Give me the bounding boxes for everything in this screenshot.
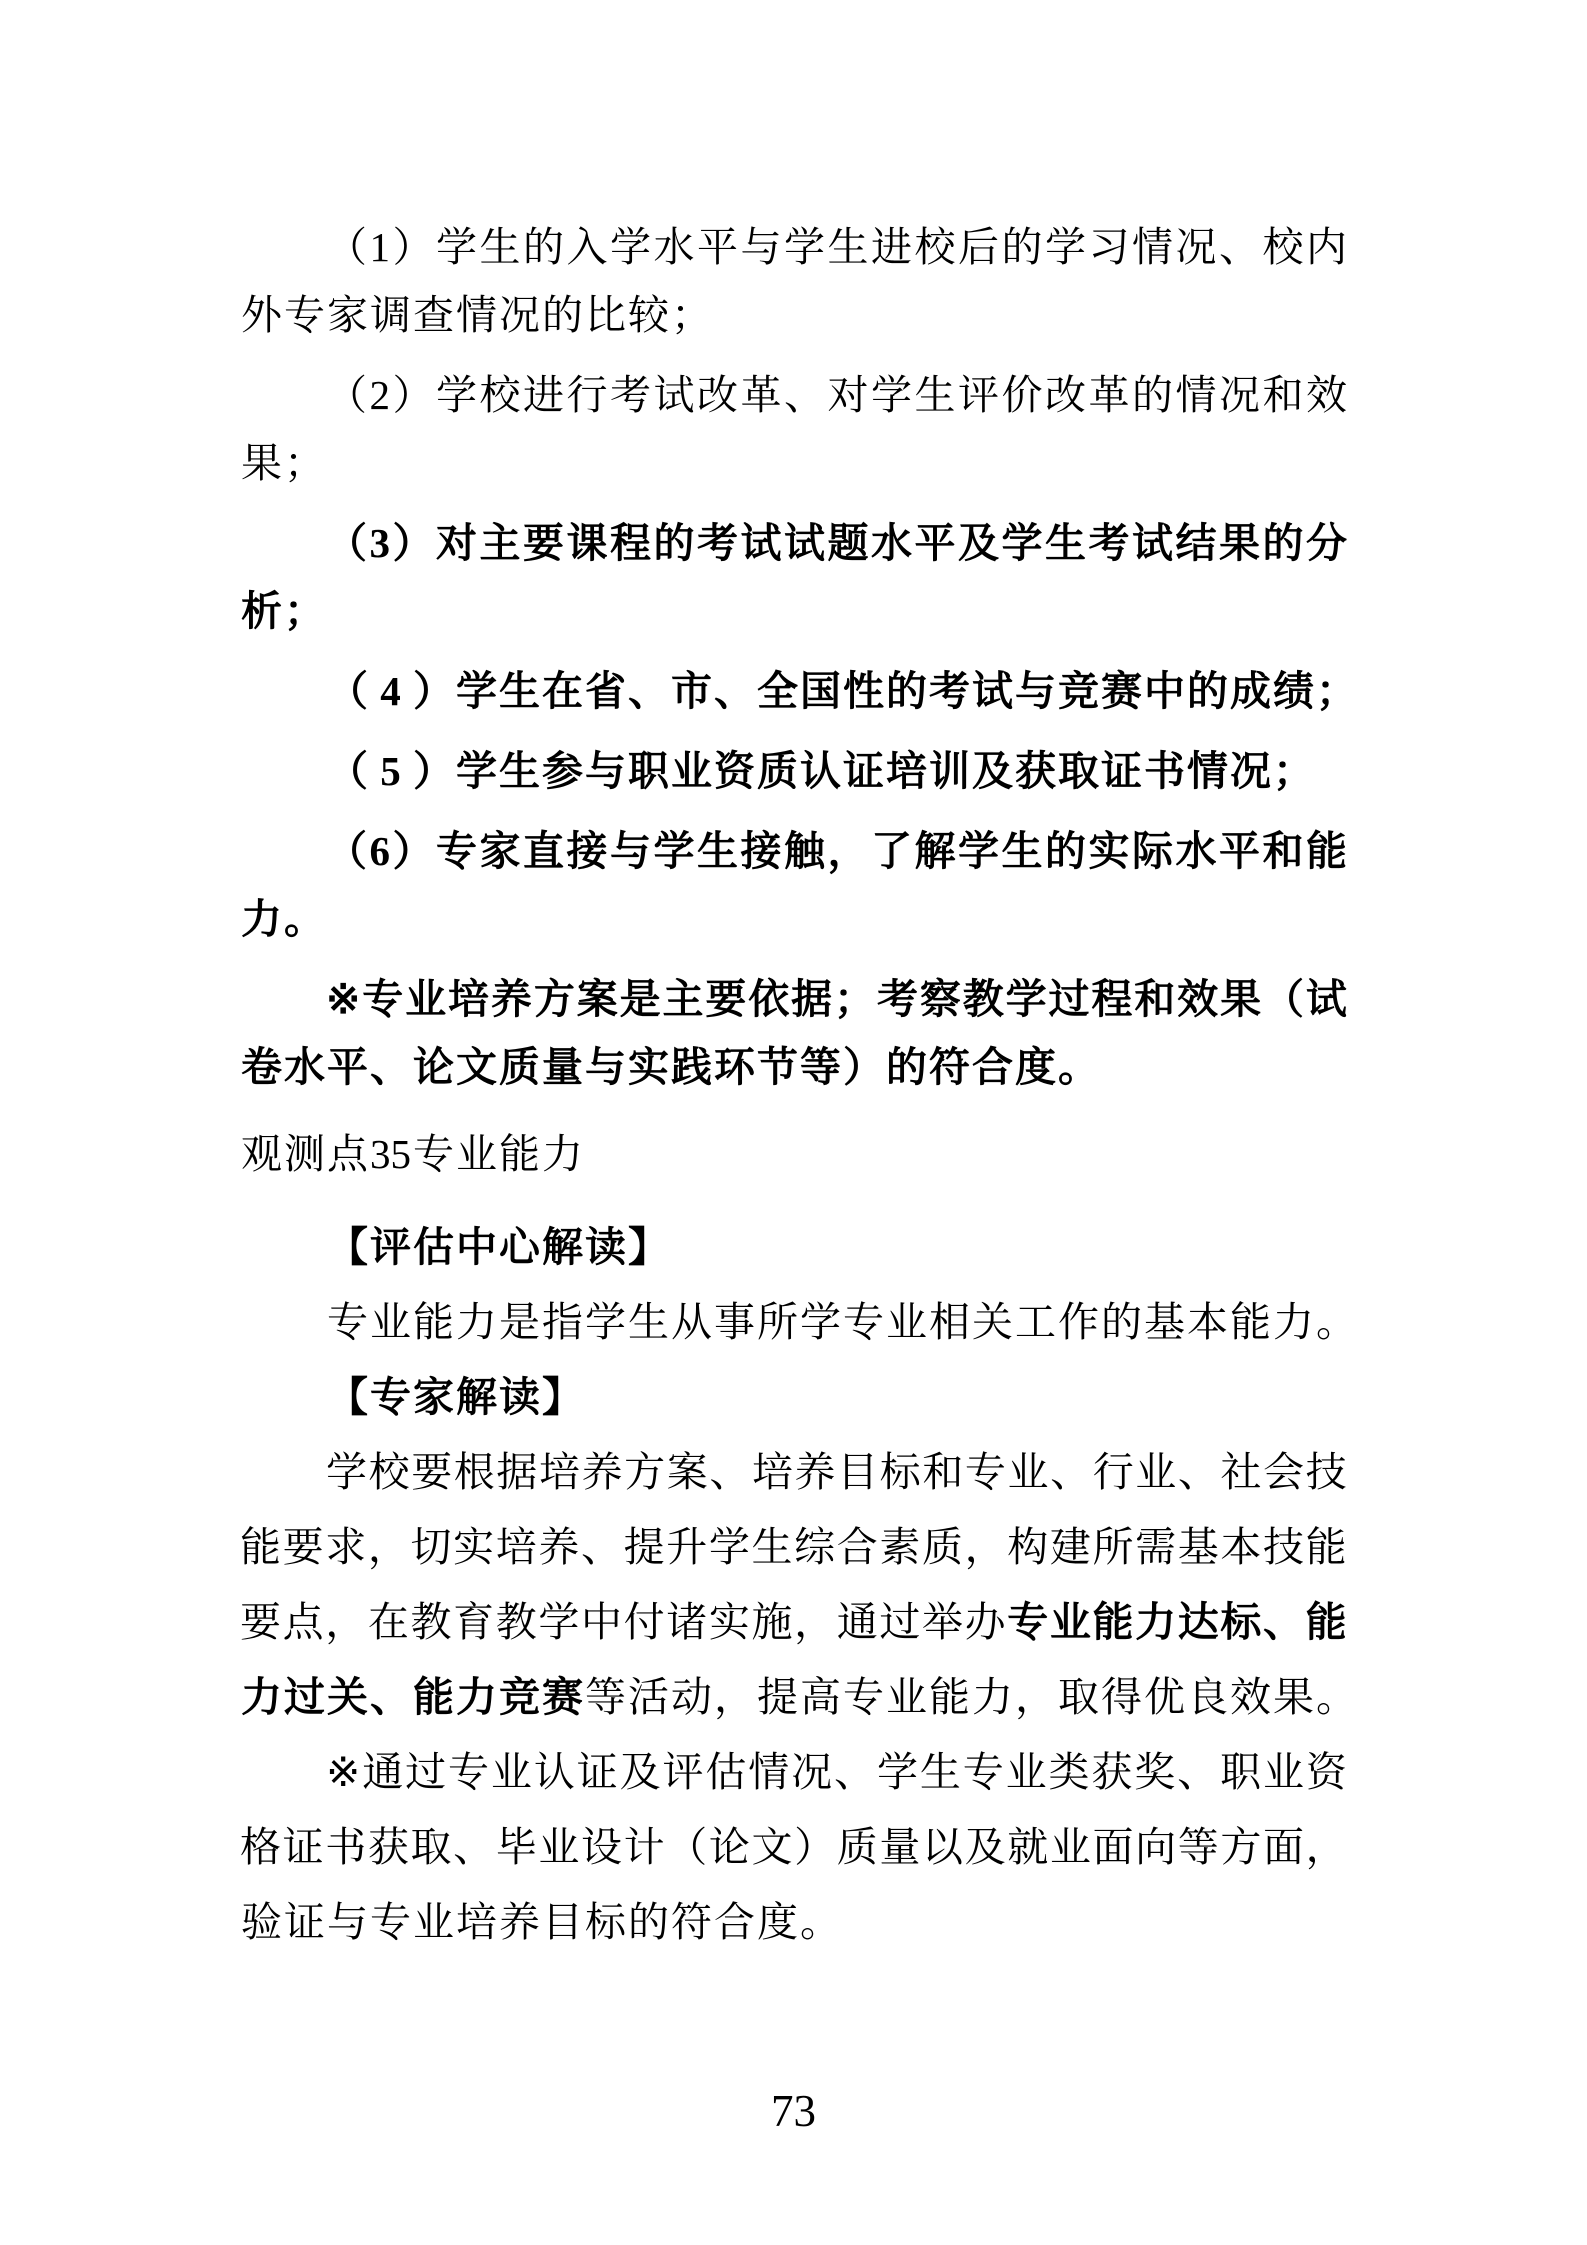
char: 比 xyxy=(584,295,627,336)
char: 生 xyxy=(752,1527,793,1568)
char: 、 xyxy=(834,1752,875,1793)
char: 学 xyxy=(799,1302,842,1343)
char: 观 xyxy=(240,1134,283,1175)
char: 诸 xyxy=(666,1602,707,1643)
char: 培 xyxy=(448,979,489,1020)
char: 证 xyxy=(283,1827,324,1868)
char: ； xyxy=(1315,671,1358,712)
char: 学 xyxy=(538,1602,579,1643)
char: 对 xyxy=(828,375,869,416)
char: 活 xyxy=(627,1677,670,1718)
char: 需 xyxy=(1135,1527,1176,1568)
char: 证 xyxy=(1100,751,1143,792)
text-line: （6）专家直接与学生接触，了解学生的实际水平和能 xyxy=(240,817,1347,885)
char: 书 xyxy=(325,1827,366,1868)
char: 职 xyxy=(627,751,670,792)
char: 国 xyxy=(799,671,842,712)
char: 取 xyxy=(1057,751,1100,792)
char: 业 xyxy=(538,1827,579,1868)
text-line: 学校要根据培养方案、培养目标和专业、行业、社会技 xyxy=(240,1435,1347,1510)
char: 接 xyxy=(741,831,782,872)
char: 试 xyxy=(654,375,695,416)
char: ） xyxy=(794,1827,835,1868)
char: 育 xyxy=(453,1602,494,1643)
char: 卷 xyxy=(240,1047,283,1088)
char: 考 xyxy=(928,671,971,712)
char: 了 xyxy=(871,831,912,872)
char: 成 xyxy=(1229,671,1272,712)
char: 家 xyxy=(326,295,369,336)
char: 验 xyxy=(240,1902,283,1943)
char: 建 xyxy=(1050,1527,1091,1568)
char: 力 xyxy=(1272,1302,1315,1343)
char: 养 xyxy=(498,1902,541,1943)
char: ； xyxy=(670,295,713,336)
char: 付 xyxy=(624,1602,665,1643)
char: 价 xyxy=(1002,375,1043,416)
char: 学 xyxy=(1002,523,1043,564)
char: 中 xyxy=(581,1602,622,1643)
char: 效 xyxy=(1229,1677,1272,1718)
char: 况 xyxy=(1176,227,1217,268)
char: 培 xyxy=(496,1527,537,1568)
char: 专 xyxy=(369,1902,412,1943)
char: 标 xyxy=(584,1902,627,1943)
char: 专 xyxy=(283,295,326,336)
char: 生 xyxy=(627,1302,670,1343)
text-line: 格证书获取、毕业设计（论文）质量以及就业面向等方面， xyxy=(240,1810,1347,1885)
char: 依 xyxy=(748,979,789,1020)
char: 等 xyxy=(799,1047,842,1088)
char: 要 xyxy=(283,1527,324,1568)
char: 察 xyxy=(920,979,961,1020)
char: 施 xyxy=(752,1602,793,1643)
char: 要 xyxy=(411,1452,452,1493)
char: 方 xyxy=(624,1452,665,1493)
char: ※ xyxy=(326,979,360,1020)
char: 面 xyxy=(1263,1827,1304,1868)
char: 能 xyxy=(1093,1602,1134,1643)
char: 专 xyxy=(448,1752,489,1793)
char: 。 xyxy=(799,1902,842,1943)
char: 业 xyxy=(1263,1752,1304,1793)
char: 专 xyxy=(1007,1602,1048,1643)
char: 直 xyxy=(523,831,564,872)
char: 点 xyxy=(283,1602,324,1643)
char: 生 xyxy=(828,227,869,268)
char: 和 xyxy=(1263,375,1304,416)
char: 改 xyxy=(1045,375,1086,416)
char: 、 xyxy=(369,1047,412,1088)
char: 性 xyxy=(842,671,885,712)
char: 培 xyxy=(455,1902,498,1943)
char: 平 xyxy=(326,1047,369,1088)
char: 读 xyxy=(498,1377,541,1418)
char: 心 xyxy=(498,1227,541,1268)
char: 】 xyxy=(627,1227,670,1268)
document-body: （1）学生的入学水平与学生进校后的学习情况、校内外专家调查情况的比较；（2）学校… xyxy=(240,213,1347,1960)
char: 据 xyxy=(791,979,832,1020)
char: 革 xyxy=(741,375,782,416)
char: 实 xyxy=(709,1602,750,1643)
char: 、 xyxy=(784,375,825,416)
char: 案 xyxy=(667,1452,708,1493)
note-main-basis: ※专业培养方案是主要依据；考察教学过程和效果（试卷水平、论文质量与实践环节等）的… xyxy=(240,965,1347,1101)
char: 认 xyxy=(534,1752,575,1793)
char: 专 xyxy=(326,1302,369,1343)
char: 行 xyxy=(567,375,608,416)
char: 取 xyxy=(1057,1677,1100,1718)
char: ） xyxy=(393,831,434,872)
char: 、 xyxy=(1178,1452,1219,1493)
char: 的 xyxy=(1132,375,1173,416)
char: 。 xyxy=(283,899,326,940)
char: 、 xyxy=(709,1452,750,1493)
char: 情 xyxy=(1176,375,1217,416)
char: 实 xyxy=(1089,831,1130,872)
char: 与 xyxy=(584,751,627,792)
text-line: （5）学生参与职业资质认证培训及获取证书情况； xyxy=(240,737,1347,805)
char: 面 xyxy=(1093,1827,1134,1868)
char: 学 xyxy=(610,227,651,268)
char: 学 xyxy=(1006,979,1047,1020)
char: 向 xyxy=(1135,1827,1176,1868)
char: 关 xyxy=(971,1302,1014,1343)
char: 量 xyxy=(541,1047,584,1088)
char: 内 xyxy=(1306,227,1347,268)
char: 后 xyxy=(958,227,999,268)
char: 提 xyxy=(756,1677,799,1718)
char: 考 xyxy=(877,979,918,1020)
char: 际 xyxy=(1132,831,1173,872)
char: 调 xyxy=(369,295,412,336)
char: 校 xyxy=(915,227,956,268)
char: 本 xyxy=(1186,1302,1229,1343)
char: 根 xyxy=(454,1452,495,1493)
char: 达 xyxy=(1178,1602,1219,1643)
text-line: 【评估中心解读】 xyxy=(240,1210,1347,1285)
char: 竞 xyxy=(498,1677,541,1718)
char: 学 xyxy=(877,1752,918,1793)
char: 设 xyxy=(581,1827,622,1868)
text-line: 能要求，切实培养、提升学生综合素质，构建所需基本技能 xyxy=(240,1510,1347,1585)
char: 与 xyxy=(741,227,782,268)
char: 能 xyxy=(928,1677,971,1718)
char: 符 xyxy=(928,1047,971,1088)
char: ） xyxy=(412,751,455,792)
char: 平 xyxy=(697,227,738,268)
char: 书 xyxy=(1143,751,1186,792)
char: 是 xyxy=(620,979,661,1020)
char: 业 xyxy=(1135,1452,1176,1493)
char: 论 xyxy=(412,1047,455,1088)
evaluation-center-text: 专业能力是指学生从事所学专业相关工作的基本能力。 xyxy=(240,1285,1347,1360)
char: （ xyxy=(666,1827,707,1868)
char: 的 xyxy=(1186,671,1229,712)
char: 和 xyxy=(1263,831,1304,872)
char: 技 xyxy=(1263,1527,1304,1568)
char: 、 xyxy=(1263,1602,1304,1643)
char: 解 xyxy=(541,1227,584,1268)
char: 业 xyxy=(1050,1827,1091,1868)
char: ， xyxy=(713,1677,756,1718)
char: 获 xyxy=(368,1827,409,1868)
text-line: ※通过专业认证及评估情况、学生专业类获奖、职业资 xyxy=(240,1735,1347,1810)
char: 况 xyxy=(791,1752,832,1793)
char: 1 xyxy=(370,227,391,268)
char: 所 xyxy=(1093,1527,1134,1568)
char: ， xyxy=(1306,1827,1347,1868)
char: 业 xyxy=(1006,1752,1047,1793)
char: 生 xyxy=(1045,523,1086,564)
char: 力 xyxy=(541,1134,584,1175)
text-line: 观测点35专业能力 xyxy=(240,1117,1347,1192)
char: 业 xyxy=(1050,1602,1091,1643)
char: 度 xyxy=(1014,1047,1057,1088)
text-line: 验证与专业培养目标的符合度。 xyxy=(240,1885,1347,1960)
char: 试 xyxy=(1306,979,1347,1020)
char: 学 xyxy=(871,375,912,416)
char: 能 xyxy=(1229,1302,1272,1343)
char: 良 xyxy=(1186,1677,1229,1718)
char: 认 xyxy=(799,751,842,792)
char: 办 xyxy=(965,1602,1006,1643)
char: 学 xyxy=(584,1302,627,1343)
char: 试 xyxy=(1132,523,1173,564)
char: 的 xyxy=(1045,831,1086,872)
char: ； xyxy=(283,443,326,484)
char: 能 xyxy=(412,1677,455,1718)
char: 取 xyxy=(411,1827,452,1868)
char: 主 xyxy=(662,979,703,1020)
char: 主 xyxy=(480,523,521,564)
char: 业 xyxy=(369,1302,412,1343)
char: 工 xyxy=(1014,1302,1057,1343)
char: 是 xyxy=(498,1302,541,1343)
char: 赛 xyxy=(541,1677,584,1718)
char: 、 xyxy=(369,1677,412,1718)
char: 估 xyxy=(705,1752,746,1793)
char: 合 xyxy=(713,1902,756,1943)
page-number: 73 xyxy=(0,2085,1587,2137)
char: 通 xyxy=(362,1752,403,1793)
char: 生 xyxy=(498,751,541,792)
char: ） xyxy=(393,227,434,268)
char: 升 xyxy=(666,1527,707,1568)
char: 较 xyxy=(627,295,670,336)
char: 证 xyxy=(283,1902,326,1943)
char: 技 xyxy=(1306,1452,1347,1493)
char: ， xyxy=(965,1527,1006,1568)
char: 养 xyxy=(538,1527,579,1568)
char: 的 xyxy=(654,523,695,564)
char: 学 xyxy=(654,831,695,872)
char: 竞 xyxy=(1057,671,1100,712)
char: 业 xyxy=(412,1902,455,1943)
char: 情 xyxy=(1132,227,1173,268)
char: 教 xyxy=(963,979,1004,1020)
char: 参 xyxy=(541,751,584,792)
char: 相 xyxy=(928,1302,971,1343)
char: 入 xyxy=(567,227,608,268)
char: 水 xyxy=(654,227,695,268)
text-line: 外专家调查情况的比较； xyxy=(240,281,1347,349)
text-line: ※专业培养方案是主要依据；考察教学过程和效果（试 xyxy=(240,965,1347,1033)
char: 试 xyxy=(784,523,825,564)
char: ； xyxy=(283,591,326,632)
char: 、 xyxy=(713,671,756,712)
char: 文 xyxy=(752,1827,793,1868)
char: 在 xyxy=(368,1602,409,1643)
char: 生 xyxy=(920,1752,961,1793)
char: 力 xyxy=(240,1677,283,1718)
char: 质 xyxy=(498,1047,541,1088)
char: 的 xyxy=(885,671,928,712)
char: 要 xyxy=(705,979,746,1020)
char: 社 xyxy=(1220,1452,1261,1493)
char: 力 xyxy=(1135,1602,1176,1643)
char: 高 xyxy=(799,1677,842,1718)
note-verification: ※通过专业认证及评估情况、学生专业类获奖、职业资格证书获取、毕业设计（论文）质量… xyxy=(240,1735,1347,1960)
text-line: 析； xyxy=(240,577,1347,645)
char: 全 xyxy=(756,671,799,712)
char: 质 xyxy=(837,1827,878,1868)
char: 环 xyxy=(713,1047,756,1088)
char: 生 xyxy=(480,227,521,268)
char: 赛 xyxy=(1100,671,1143,712)
char: 类 xyxy=(1049,1752,1090,1793)
char: 职 xyxy=(1220,1752,1261,1793)
char: 与 xyxy=(610,831,651,872)
char: （ xyxy=(326,523,367,564)
char: 省 xyxy=(584,671,627,712)
char: 能 xyxy=(1306,1602,1347,1643)
char: 水 xyxy=(283,1047,326,1088)
char: 业 xyxy=(885,1677,928,1718)
char: 校 xyxy=(480,375,521,416)
char: 【 xyxy=(326,1377,369,1418)
char: 课 xyxy=(567,523,608,564)
item-3: （3）对主要课程的考试试题水平及学生考试结果的分析； xyxy=(240,509,1347,645)
char: 力 xyxy=(455,1302,498,1343)
text-line: 专业能力是指学生从事所学专业相关工作的基本能力。 xyxy=(240,1285,1347,1360)
expert-text: 学校要根据培养方案、培养目标和专业、行业、社会技能要求，切实培养、提升学生综合素… xyxy=(240,1435,1347,1735)
char: 通 xyxy=(837,1602,878,1643)
char: 及 xyxy=(958,523,999,564)
char: 生 xyxy=(697,831,738,872)
char: ； xyxy=(834,979,875,1020)
char: 、 xyxy=(1050,1452,1091,1493)
char: 35 xyxy=(369,1134,412,1175)
char: 况 xyxy=(498,295,541,336)
char: 和 xyxy=(922,1452,963,1493)
char: 过 xyxy=(283,1677,326,1718)
char: 案 xyxy=(577,979,618,1020)
char: 动 xyxy=(670,1677,713,1718)
char: 的 xyxy=(523,227,564,268)
text-line: 要点，在教育教学中付诸实施，通过举办专业能力达标、能 xyxy=(240,1585,1347,1660)
char: 学 xyxy=(1045,227,1086,268)
char: 学 xyxy=(709,1527,750,1568)
char: 格 xyxy=(240,1827,281,1868)
char: 考 xyxy=(610,375,651,416)
text-line: 力。 xyxy=(240,885,1347,953)
char: 业 xyxy=(1008,1452,1049,1493)
char: 解 xyxy=(915,831,956,872)
char: 过 xyxy=(405,1752,446,1793)
char: 及 xyxy=(971,751,1014,792)
char: 能 xyxy=(412,1302,455,1343)
char: 业 xyxy=(455,1134,498,1175)
char: 的 xyxy=(627,1902,670,1943)
char: 从 xyxy=(670,1302,713,1343)
char: 奖 xyxy=(1134,1752,1175,1793)
char: 求 xyxy=(325,1527,366,1568)
char: 学 xyxy=(455,751,498,792)
char: 生 xyxy=(915,375,956,416)
char: ， xyxy=(1014,1677,1057,1718)
char: ） xyxy=(393,375,434,416)
char: 力 xyxy=(240,899,283,940)
char: 的 xyxy=(1100,1302,1143,1343)
char: 教 xyxy=(496,1602,537,1643)
char: 实 xyxy=(627,1047,670,1088)
char: 析 xyxy=(240,591,283,632)
char: 况 xyxy=(1229,751,1272,792)
char: 家 xyxy=(412,1377,455,1418)
char: 家 xyxy=(480,831,521,872)
char: 、 xyxy=(581,1527,622,1568)
char: 、 xyxy=(627,671,670,712)
char: 优 xyxy=(1143,1677,1186,1718)
observation-items: （1）学生的入学水平与学生进校后的学习情况、校内外专家调查情况的比较；（2）学校… xyxy=(240,213,1347,1101)
char: 5 xyxy=(369,751,412,792)
char: 构 xyxy=(1007,1527,1048,1568)
char: 在 xyxy=(541,671,584,712)
char: 实 xyxy=(453,1527,494,1568)
char: 力 xyxy=(971,1677,1014,1718)
char: 水 xyxy=(1176,831,1217,872)
char: 量 xyxy=(879,1827,920,1868)
char: 进 xyxy=(523,375,564,416)
char: 就 xyxy=(1007,1827,1048,1868)
char: 及 xyxy=(620,1752,661,1793)
char: 。 xyxy=(1315,1677,1358,1718)
char: 革 xyxy=(1089,375,1130,416)
char: 证 xyxy=(577,1752,618,1793)
char: 基 xyxy=(1143,1302,1186,1343)
char: 况 xyxy=(1219,375,1260,416)
char: 校 xyxy=(1263,227,1304,268)
char: 专 xyxy=(412,1134,455,1175)
char: 方 xyxy=(1220,1827,1261,1868)
char: ） xyxy=(412,671,455,712)
char: 毕 xyxy=(496,1827,537,1868)
char: 效 xyxy=(1306,375,1347,416)
char: （ xyxy=(326,671,369,712)
char: 业 xyxy=(405,979,446,1020)
char: 考 xyxy=(1089,523,1130,564)
observation-point-heading: 观测点35专业能力 xyxy=(240,1117,1347,1192)
char: 培 xyxy=(752,1452,793,1493)
char: 情 xyxy=(1186,751,1229,792)
char: 程 xyxy=(610,523,651,564)
char: 】 xyxy=(541,1377,584,1418)
char: 与 xyxy=(584,1047,627,1088)
char: 市 xyxy=(670,671,713,712)
char: 合 xyxy=(971,1047,1014,1088)
char: 专 xyxy=(842,1677,885,1718)
